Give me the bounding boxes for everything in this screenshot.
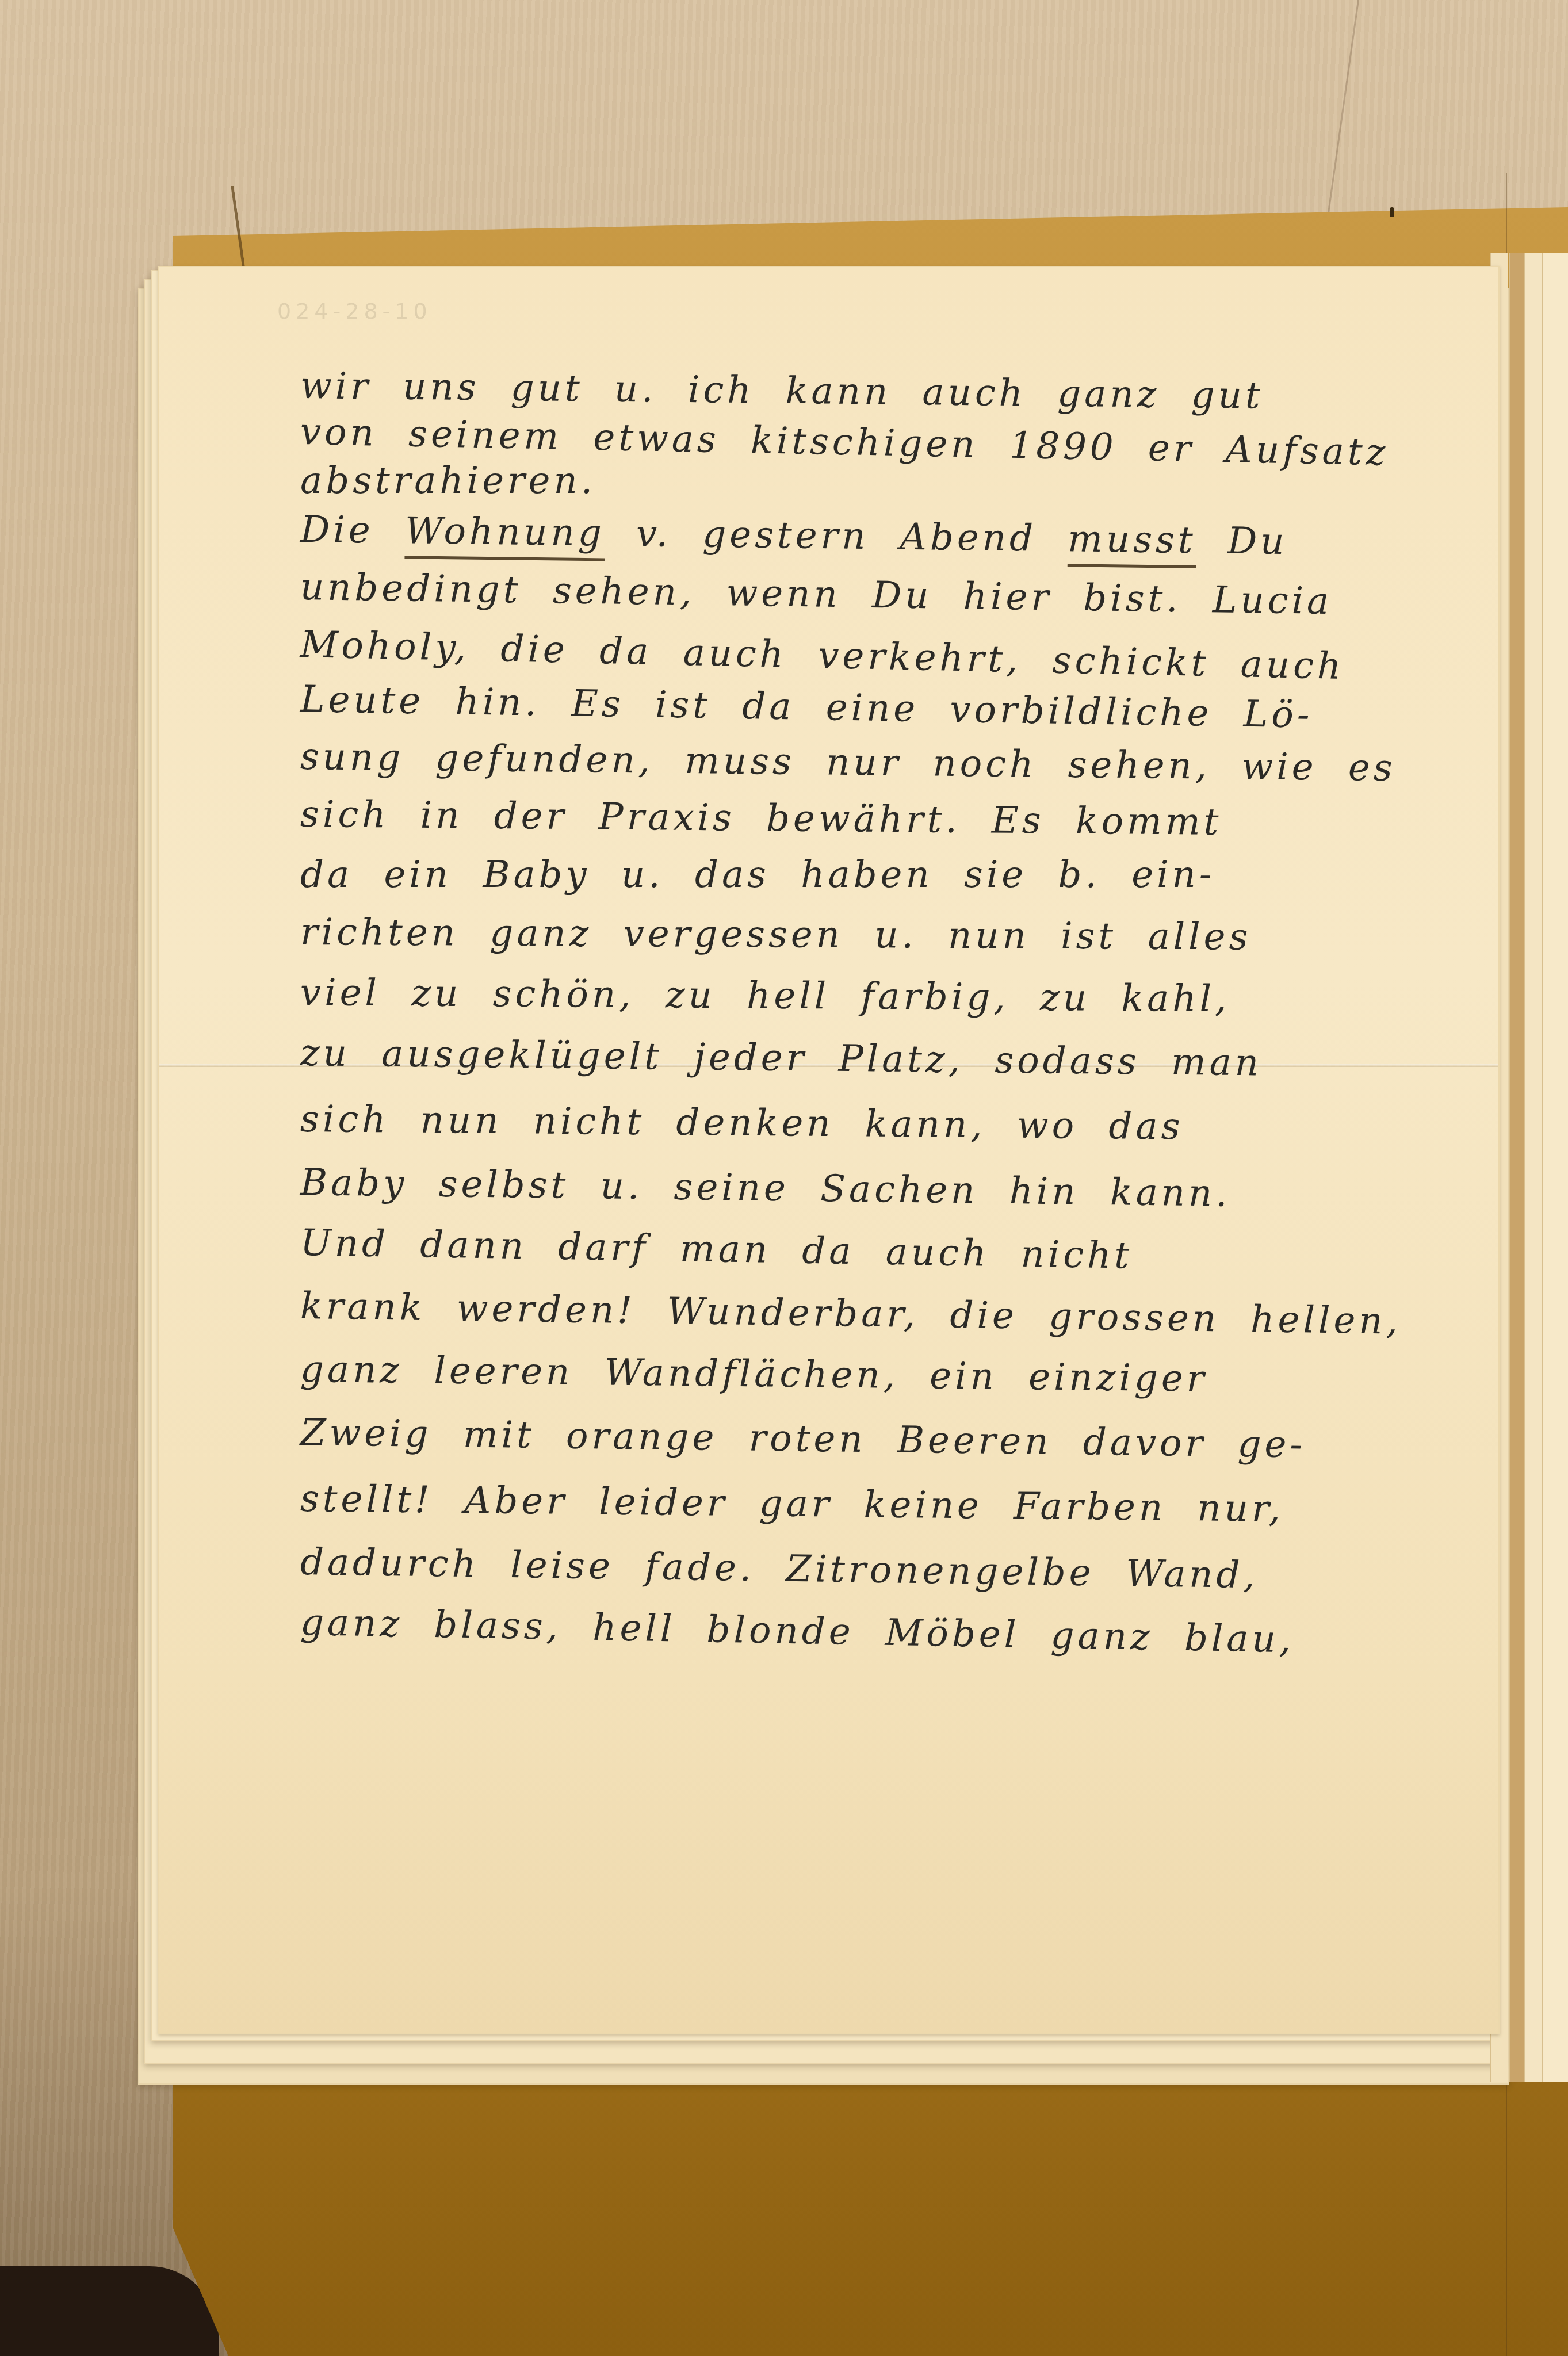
dark-corner-shadow bbox=[0, 2266, 219, 2356]
handwritten-line: Zweig mit orange roten Beeren davor ge- bbox=[300, 1412, 1306, 1466]
handwritten-line: Moholy, die da auch verkehrt, schickt au… bbox=[300, 624, 1345, 688]
handwritten-line: Die Wohnung v. gestern Abend musst Du bbox=[300, 508, 1288, 563]
line-segment: Die bbox=[300, 508, 406, 552]
handwritten-line: da ein Baby u. das haben sie b. ein- bbox=[300, 854, 1215, 896]
line-segment: Du bbox=[1196, 519, 1288, 563]
letter-page: 024-28-10 wir uns gut u. ich kann auch g… bbox=[158, 266, 1500, 2034]
handwritten-line: abstrahieren. bbox=[300, 460, 596, 502]
underlined-word: musst bbox=[1068, 518, 1196, 562]
adjacent-sheet bbox=[1542, 253, 1568, 2082]
background-seam bbox=[1327, 0, 1359, 217]
handwritten-line: krank werden! Wunderbar, die grossen hel… bbox=[300, 1285, 1401, 1343]
handwritten-line: wir uns gut u. ich kann auch ganz gut bbox=[300, 365, 1264, 418]
handwritten-line: ganz blass, hell blonde Möbel ganz blau, bbox=[300, 1601, 1294, 1661]
handwritten-line: sung gefunden, muss nur noch sehen, wie … bbox=[300, 736, 1396, 790]
underlined-word: Wohnung bbox=[405, 510, 606, 554]
handwritten-line: sich in der Praxis bewährt. Es kommt bbox=[300, 793, 1222, 844]
handwritten-line: dadurch leise fade. Zitronengelbe Wand, bbox=[300, 1541, 1259, 1597]
handwritten-line: Baby selbst u. seine Sachen hin kann. bbox=[300, 1161, 1232, 1215]
handwritten-line: Und dann darf man da auch nicht bbox=[300, 1222, 1133, 1278]
archive-number: 024-28-10 bbox=[277, 299, 432, 324]
handwritten-line: richten ganz vergessen u. nun ist alles bbox=[300, 911, 1252, 959]
handwritten-line: unbedingt sehen, wenn Du hier bist. Luci… bbox=[300, 566, 1332, 623]
line-segment: v. gestern Abend bbox=[605, 512, 1068, 560]
handwritten-line: zu ausgeklügelt jeder Platz, sodass man bbox=[300, 1032, 1263, 1085]
adjacent-document-stack bbox=[1490, 253, 1568, 2082]
handwritten-line: ganz leeren Wandflächen, ein einziger bbox=[300, 1348, 1208, 1401]
handwritten-line: Leute hin. Es ist da eine vorbildliche L… bbox=[300, 678, 1313, 737]
folder-ink-mark bbox=[1390, 207, 1394, 217]
handwritten-line: sich nun nicht denken kann, wo das bbox=[300, 1098, 1184, 1148]
handwritten-line: viel zu schön, zu hell farbig, zu kahl, bbox=[300, 972, 1230, 1020]
handwritten-line: stellt! Aber leider gar keine Farben nur… bbox=[300, 1478, 1284, 1531]
